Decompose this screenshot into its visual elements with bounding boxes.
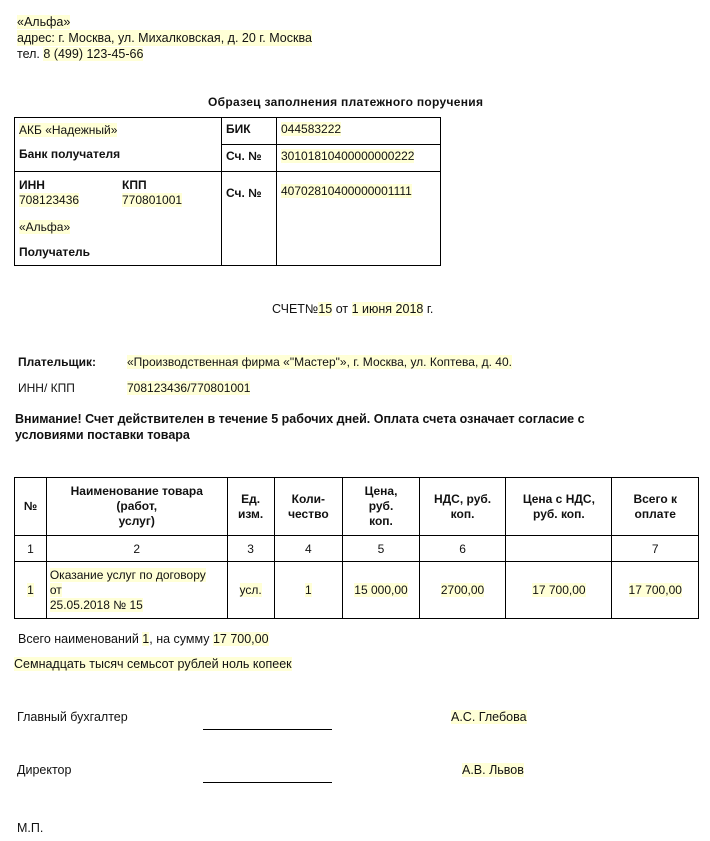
sample-title: Образец заполнения платежного поручения xyxy=(208,95,483,109)
invoice-title: СЧЕТ№15 от 1 июня 2018 г. xyxy=(272,302,433,316)
column-number: 5 xyxy=(343,536,420,562)
column-header-label: Ед.изм. xyxy=(238,492,263,521)
goods-table: № Наименование товара(работ,услуг) Ед.из… xyxy=(14,477,699,619)
inn-value: 708123436 xyxy=(19,193,79,207)
stamp-placeholder: М.П. xyxy=(17,821,43,835)
item-price: 15 000,00 xyxy=(354,583,407,597)
phone-label: тел. xyxy=(17,47,40,61)
address-label: адрес: xyxy=(17,31,55,45)
sender-block: «Альфа» адрес: г. Москва, ул. Михалковск… xyxy=(17,14,312,62)
col-header-total: Всего коплате xyxy=(612,478,699,536)
column-numbers-row: 1 2 3 4 5 6 7 xyxy=(15,536,699,562)
item-no: 1 xyxy=(27,583,34,597)
corr-value-cell: 30101810400000000222 xyxy=(277,145,441,172)
director-label: Директор xyxy=(17,763,71,777)
item-name-cell: Оказание услуг по договору от 25.05.2018… xyxy=(46,562,227,619)
kpp-label: КПП xyxy=(122,178,147,192)
invoice-from: от xyxy=(336,302,348,316)
corr-account: 30101810400000000222 xyxy=(281,149,414,163)
col-header-price-vat: Цена с НДС,руб. коп. xyxy=(506,478,612,536)
col-header-qty: Коли-чество xyxy=(274,478,343,536)
sender-address: г. Москва, ул. Михалковская, д. 20 г. Мо… xyxy=(58,31,312,45)
col-header-price: Цена,руб.коп. xyxy=(343,478,420,536)
account-value: 40702810400000001111 xyxy=(281,184,412,198)
payer-inn-kpp-label: ИНН/ КПП xyxy=(18,381,75,395)
column-number xyxy=(506,536,612,562)
column-number: 6 xyxy=(419,536,506,562)
item-unit: усл. xyxy=(240,583,262,597)
item-name-line2: от xyxy=(50,583,62,597)
item-name-line3: 25.05.2018 № 15 xyxy=(50,598,143,612)
col-header-no: № xyxy=(15,478,47,536)
recipient-label: Получатель xyxy=(19,245,90,259)
col-header-unit: Ед.изм. xyxy=(227,478,274,536)
sender-name: «Альфа» xyxy=(17,15,70,29)
recipient-name: «Альфа» xyxy=(19,220,70,234)
column-number: 3 xyxy=(227,536,274,562)
item-price-vat: 17 700,00 xyxy=(532,583,585,597)
inn-label: ИНН xyxy=(19,178,45,192)
column-number: 2 xyxy=(46,536,227,562)
totals-in-words: Семнадцать тысяч семьсот рублей ноль коп… xyxy=(14,657,292,671)
column-header-label: Всего коплате xyxy=(633,492,677,521)
totals-line: Всего наименований 1, на сумму 17 700,00 xyxy=(18,632,269,646)
column-header-label: Наименование товара(работ,услуг) xyxy=(71,484,203,528)
payer-label: Плательщик: xyxy=(18,355,96,369)
bik-value: 044583222 xyxy=(281,122,341,136)
column-number: 4 xyxy=(274,536,343,562)
sender-phone: 8 (499) 123-45-66 xyxy=(43,47,143,61)
column-header-label: Цена,руб.коп. xyxy=(365,484,398,528)
totals-prefix: Всего наименований xyxy=(18,632,139,646)
payer-value: «Производственная фирма «"Мастер"», г. М… xyxy=(127,355,512,369)
item-name-line1: Оказание услуг по договору xyxy=(50,568,206,582)
column-header-label: Цена с НДС,руб. коп. xyxy=(523,492,595,521)
table-row: 1 Оказание услуг по договору от 25.05.20… xyxy=(15,562,699,619)
validity-notice: Внимание! Счет действителен в течение 5 … xyxy=(15,411,655,443)
column-number: 7 xyxy=(612,536,699,562)
item-vat: 2700,00 xyxy=(441,583,484,597)
corr-label-cell: Сч. № xyxy=(222,145,277,172)
account-label-cell: Сч. № xyxy=(222,172,277,266)
bik-label-cell: БИК xyxy=(222,118,277,145)
director-name: А.В. Львов xyxy=(462,763,524,777)
accountant-label: Главный бухгалтер xyxy=(17,710,128,724)
kpp-value: 770801001 xyxy=(122,193,182,207)
totals-middle: , на сумму xyxy=(149,632,209,646)
invoice-number: 15 xyxy=(318,302,332,316)
bik-value-cell: 044583222 xyxy=(277,118,441,145)
bank-cell: АКБ «Надежный» Банк получателя xyxy=(15,118,222,172)
account-label: Сч. № xyxy=(222,172,276,200)
account-value-cell: 40702810400000001111 xyxy=(277,172,441,266)
director-signature-line xyxy=(203,782,332,783)
payer-inn-kpp: 708123436/770801001 xyxy=(127,381,250,395)
item-total: 17 700,00 xyxy=(629,583,682,597)
invoice-prefix: СЧЕТ№ xyxy=(272,302,318,316)
goods-header-row: № Наименование товара(работ,услуг) Ед.из… xyxy=(15,478,699,536)
accountant-signature-line xyxy=(203,729,332,730)
col-header-name: Наименование товара(работ,услуг) xyxy=(46,478,227,536)
accountant-name: А.С. Глебова xyxy=(451,710,527,724)
invoice-year-suffix: г. xyxy=(427,302,434,316)
totals-sum: 17 700,00 xyxy=(213,632,269,646)
invoice-date: 1 июня 2018 xyxy=(352,302,424,316)
bank-details-table: АКБ «Надежный» Банк получателя БИК 04458… xyxy=(14,117,441,266)
item-qty: 1 xyxy=(305,583,312,597)
column-header-label: НДС, руб.коп. xyxy=(434,492,491,521)
column-header-label: Коли-чество xyxy=(288,492,329,521)
bank-name: АКБ «Надежный» xyxy=(19,123,117,137)
recipient-cell: ИНН 708123436 КПП 770801001 «Альфа» Полу… xyxy=(15,172,222,266)
bank-label: Банк получателя xyxy=(15,137,221,161)
col-header-vat: НДС, руб.коп. xyxy=(419,478,506,536)
bik-label: БИК xyxy=(222,118,276,140)
corr-label: Сч. № xyxy=(222,145,276,167)
column-number: 1 xyxy=(15,536,47,562)
column-header-label: № xyxy=(24,499,37,513)
